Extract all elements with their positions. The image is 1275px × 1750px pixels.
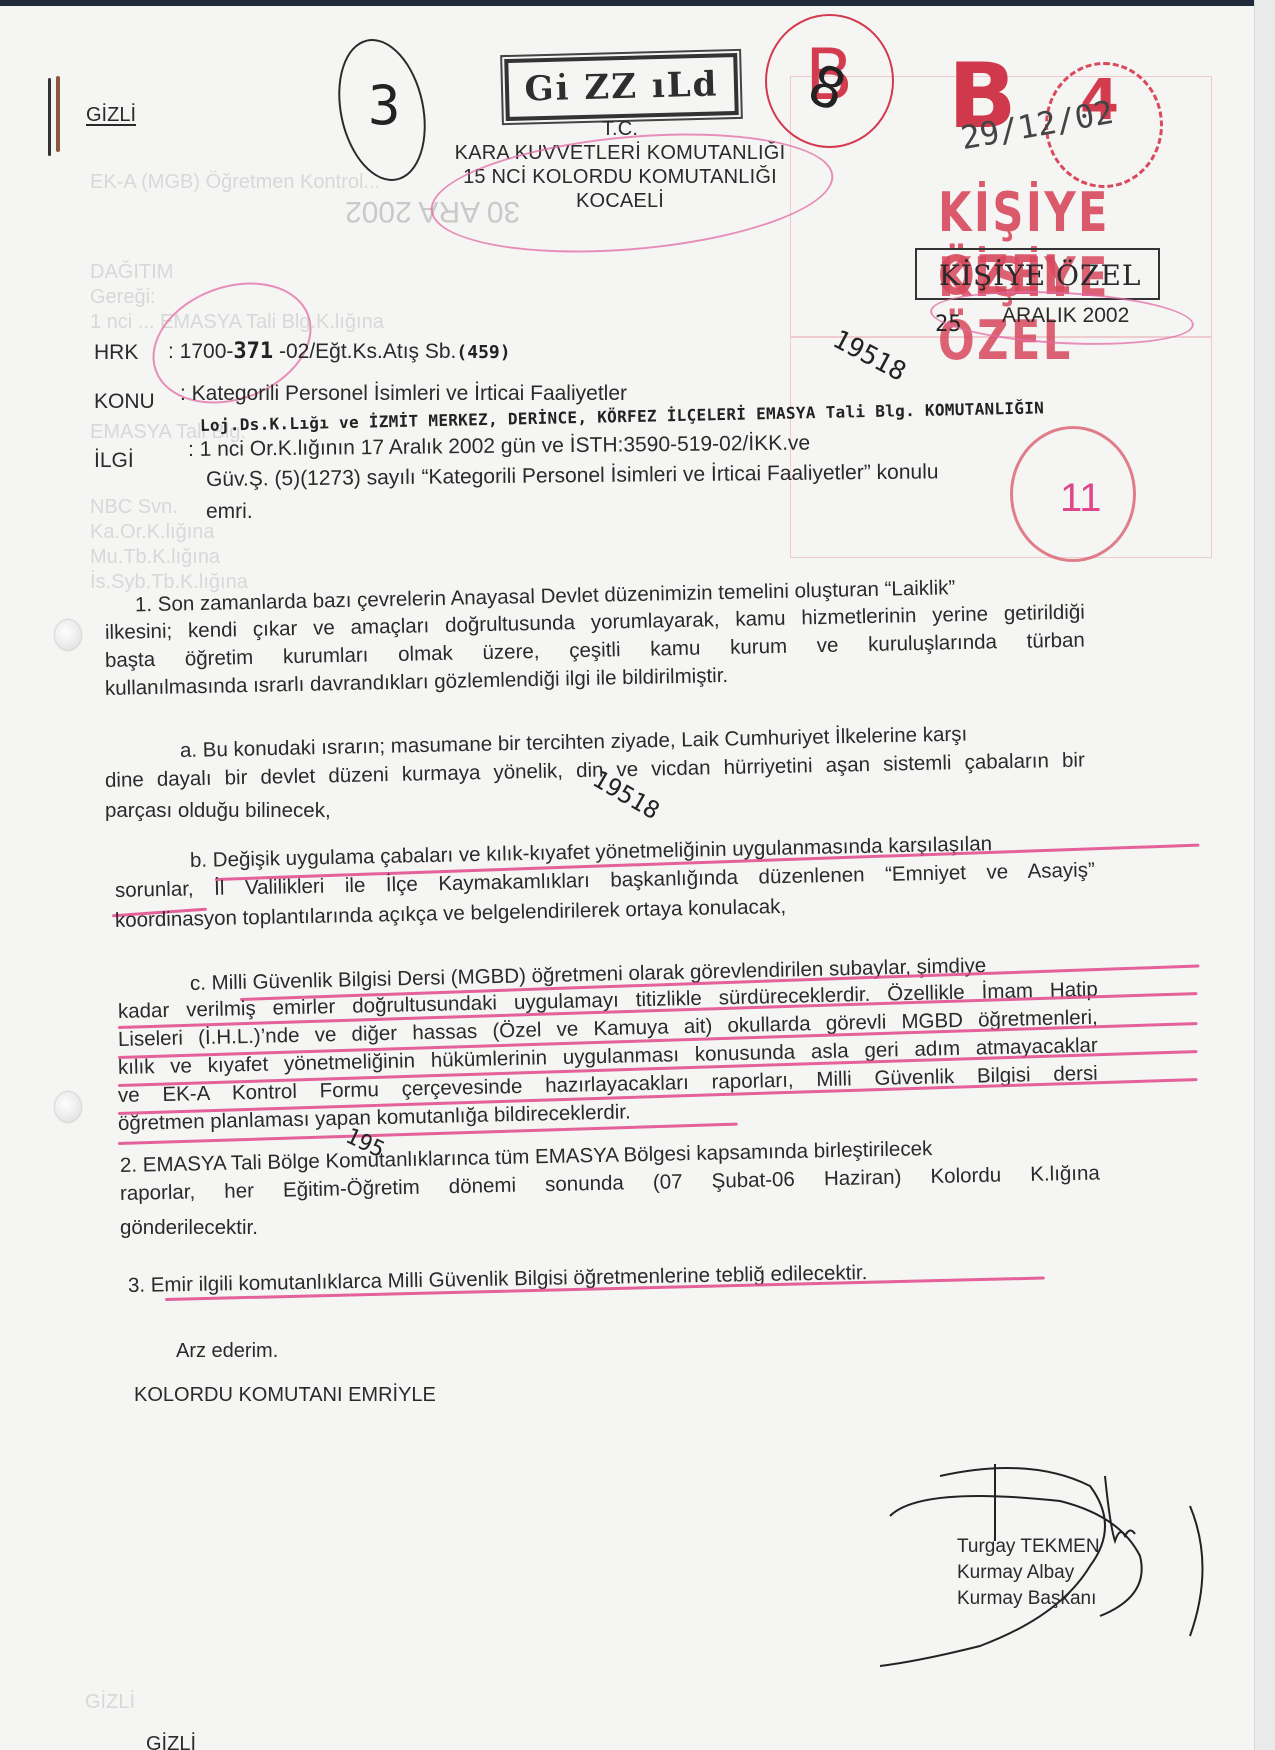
- ghost-text: GİZLİ: [85, 1691, 135, 1714]
- signatory-rank: Kurmay Albay: [957, 1562, 1074, 1584]
- scan-right-edge: [1254, 0, 1275, 1750]
- document-page: EK-A (MGB) Öğretmen Kontrol... DAĞITIM G…: [0, 6, 1255, 1750]
- hrk-prefix: : 1700-: [168, 340, 233, 363]
- ilgi-line-1: : 1 nci Or.K.lığının 17 Aralık 2002 gün …: [188, 431, 810, 462]
- pink-handwritten-count: 11: [1060, 476, 1102, 521]
- hrk-suffix: -02/Eğt.Ks.Atış Sb.: [273, 340, 456, 363]
- ghost-text: EK-A (MGB) Öğretmen Kontrol...: [90, 171, 380, 194]
- punch-hole: [55, 620, 81, 650]
- closing-arz: Arz ederim.: [176, 1340, 278, 1363]
- hrk-label: HRK: [94, 341, 138, 365]
- ghost-text: Mu.Tb.K.lığına: [90, 546, 220, 569]
- ghost-text: Ka.Or.K.lığına: [90, 521, 215, 544]
- gizli-stamp: Gı̇ ZZ ıLd: [504, 53, 739, 121]
- paragraph-1-line: kullanılmasında ısrarlı davrandıkları gö…: [105, 666, 729, 700]
- paragraph-a-line: parçası olduğu bilinecek,: [105, 801, 331, 822]
- hrk-handwritten-paren: (459): [456, 342, 510, 363]
- classification-bottom: GİZLİ: [146, 1733, 196, 1750]
- handwritten-number: 3: [368, 74, 401, 137]
- konu-value: : Kategorili Personel İsimleri ve İrtica…: [180, 382, 627, 406]
- signatory-name: Turgay TEKMEN: [957, 1536, 1100, 1558]
- classification-top: GİZLİ: [86, 104, 136, 127]
- staple: [56, 76, 60, 152]
- signatory-title: Kurmay Başkanı: [957, 1588, 1096, 1610]
- closing-order: KOLORDU KOMUTANI EMRİYLE: [134, 1384, 436, 1407]
- ghost-text: NBC Svn.: [90, 496, 178, 519]
- ghost-text: DAĞITIM: [90, 261, 173, 284]
- ilgi-line-3: emri.: [206, 500, 253, 524]
- paragraph-b-line: koordinasyon toplantılarında açıkça ve b…: [115, 897, 787, 932]
- hrk-value: : 1700-371 -02/Eğt.Ks.Atış Sb.(459): [168, 339, 511, 364]
- punch-hole: [55, 1092, 81, 1122]
- ilgi-label: İLGİ: [94, 449, 134, 473]
- ghost-text: Gereği:: [90, 286, 156, 309]
- hrk-handwritten-number: 371: [233, 339, 273, 364]
- signature-scribble: [860, 1446, 1220, 1676]
- staple: [48, 78, 51, 156]
- konu-label: KONU: [94, 390, 155, 414]
- paragraph-2-line: gönderilecektir.: [120, 1218, 258, 1239]
